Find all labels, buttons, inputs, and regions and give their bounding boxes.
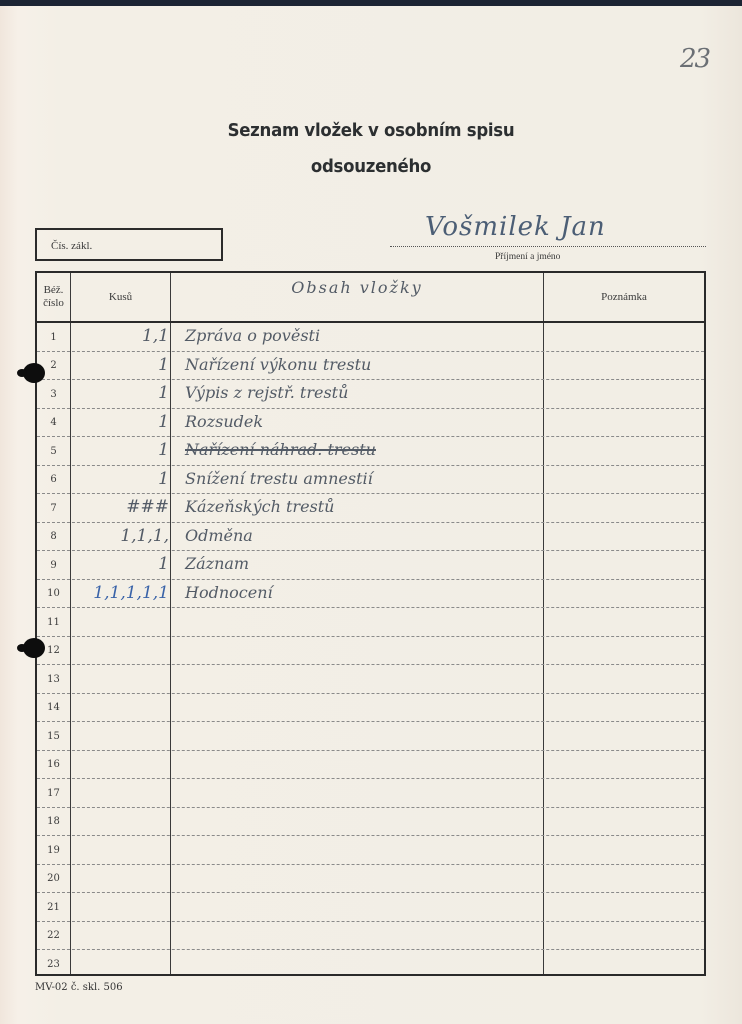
header-kusu: Kusů: [71, 273, 170, 321]
cis-zakl-label: Čís. zákl.: [51, 240, 92, 252]
row-kusu: 1,1,1,: [73, 523, 169, 551]
table-row: 15: [37, 722, 704, 751]
row-number: 15: [37, 722, 70, 750]
row-kusu: 1,1: [73, 323, 169, 351]
table-row: 41Rozsudek: [37, 409, 704, 438]
row-kusu: [73, 694, 169, 722]
table-row: 21: [37, 893, 704, 922]
row-kusu: [73, 893, 169, 921]
row-obsah: [185, 922, 565, 950]
table-row: 81,1,1,Odměna: [37, 523, 704, 552]
table-row: 14: [37, 694, 704, 723]
row-poznamka: [549, 779, 699, 807]
row-poznamka: [549, 665, 699, 693]
table-row: 17: [37, 779, 704, 808]
row-number: 5: [37, 437, 70, 465]
document-page: 23 Seznam vložek v osobním spisu odsouze…: [0, 6, 742, 1024]
row-number: 1: [37, 323, 70, 351]
row-poznamka: [549, 865, 699, 893]
row-kusu: [73, 836, 169, 864]
table-row: 13: [37, 665, 704, 694]
row-obsah: [185, 751, 565, 779]
row-obsah: [185, 637, 565, 665]
row-poznamka: [549, 437, 699, 465]
row-number: 23: [37, 950, 70, 978]
row-kusu: [73, 922, 169, 950]
row-kusu: [73, 751, 169, 779]
row-poznamka: [549, 352, 699, 380]
table-row: 61Snížení trestu amnestií: [37, 466, 704, 495]
table-row: 7###Kázeňských trestů: [37, 494, 704, 523]
row-obsah: [185, 694, 565, 722]
row-poznamka: [549, 950, 699, 978]
table-row: 20: [37, 865, 704, 894]
row-kusu: 1: [73, 380, 169, 408]
row-kusu: [73, 722, 169, 750]
row-number: 14: [37, 694, 70, 722]
row-poznamka: [549, 523, 699, 551]
row-obsah: Snížení trestu amnestií: [185, 466, 565, 494]
row-obsah: Hodnocení: [185, 580, 565, 608]
table-row: 11: [37, 608, 704, 637]
row-kusu: 1: [73, 409, 169, 437]
row-kusu: [73, 779, 169, 807]
row-obsah: Rozsudek: [185, 409, 565, 437]
row-number: 21: [37, 893, 70, 921]
inserts-table: Béž. číslo Kusů Obsah vložky Poznámka 11…: [35, 271, 706, 976]
row-kusu: [73, 808, 169, 836]
row-poznamka: [549, 580, 699, 608]
row-obsah: Zpráva o pověsti: [185, 323, 565, 351]
table-row: 19: [37, 836, 704, 865]
row-poznamka: [549, 893, 699, 921]
row-poznamka: [549, 494, 699, 522]
table-row: 101,1,1,1,1Hodnocení: [37, 580, 704, 609]
row-obsah: Odměna: [185, 523, 565, 551]
table-row: 23: [37, 950, 704, 979]
row-poznamka: [549, 808, 699, 836]
row-poznamka: [549, 409, 699, 437]
row-kusu: 1,1,1,1,1: [73, 580, 169, 608]
row-obsah: [185, 665, 565, 693]
table-row: 91Záznam: [37, 551, 704, 580]
cis-zakl-field: Čís. zákl.: [35, 228, 223, 261]
table-row: 31Výpis z rejstř. trestů: [37, 380, 704, 409]
row-number: 16: [37, 751, 70, 779]
row-number: 22: [37, 922, 70, 950]
row-obsah: [185, 779, 565, 807]
row-kusu: 1: [73, 551, 169, 579]
row-number: 11: [37, 608, 70, 636]
table-row: 51Nařízení náhrad. trestu: [37, 437, 704, 466]
row-poznamka: [549, 608, 699, 636]
row-obsah: [185, 893, 565, 921]
row-kusu: [73, 608, 169, 636]
row-poznamka: [549, 836, 699, 864]
row-obsah: Záznam: [185, 551, 565, 579]
row-poznamka: [549, 922, 699, 950]
row-poznamka: [549, 751, 699, 779]
row-poznamka: [549, 722, 699, 750]
row-poznamka: [549, 637, 699, 665]
row-obsah: Kázeňských trestů: [185, 494, 565, 522]
row-number: 18: [37, 808, 70, 836]
table-row: 12: [37, 637, 704, 666]
row-obsah: [185, 722, 565, 750]
row-poznamka: [549, 466, 699, 494]
header-obsah: Obsah vložky: [171, 273, 543, 301]
row-obsah: Nařízení náhrad. trestu: [185, 437, 565, 465]
row-number: 4: [37, 409, 70, 437]
punch-hole: [23, 363, 45, 383]
row-kusu: 1: [73, 466, 169, 494]
row-poznamka: [549, 380, 699, 408]
row-kusu: 1: [73, 437, 169, 465]
row-kusu: [73, 665, 169, 693]
row-number: 6: [37, 466, 70, 494]
row-obsah: [185, 865, 565, 893]
row-number: 13: [37, 665, 70, 693]
row-poznamka: [549, 551, 699, 579]
row-number: 3: [37, 380, 70, 408]
header-poznamka: Poznámka: [544, 273, 704, 321]
row-number: 8: [37, 523, 70, 551]
form-title-line-1: Seznam vložek v osobním spisu: [30, 120, 713, 141]
row-poznamka: [549, 323, 699, 351]
row-kusu: [73, 637, 169, 665]
table-row: 16: [37, 751, 704, 780]
row-obsah: [185, 808, 565, 836]
punch-hole: [23, 638, 45, 658]
table-row: 18: [37, 808, 704, 837]
name-underline: [390, 246, 706, 247]
header-cislo: Béž. číslo: [37, 273, 70, 321]
row-number: 9: [37, 551, 70, 579]
handwritten-page-number: 23: [680, 44, 709, 74]
row-obsah: [185, 950, 565, 978]
row-obsah: Nařízení výkonu trestu: [185, 352, 565, 380]
table-row: 22: [37, 922, 704, 951]
row-number: 17: [37, 779, 70, 807]
form-title-line-2: odsouzeného: [30, 156, 713, 177]
table-row: 21Nařízení výkonu trestu: [37, 352, 704, 381]
row-number: 10: [37, 580, 70, 608]
row-obsah: [185, 836, 565, 864]
row-number: 19: [37, 836, 70, 864]
row-number: 7: [37, 494, 70, 522]
row-kusu: [73, 950, 169, 978]
form-code: MV-02 č. skl. 506: [35, 982, 123, 993]
row-kusu: 1: [73, 352, 169, 380]
row-kusu: ###: [73, 494, 169, 522]
row-kusu: [73, 865, 169, 893]
row-number: 20: [37, 865, 70, 893]
table-row: 11,1Zpráva o pověsti: [37, 323, 704, 352]
row-obsah: Výpis z rejstř. trestů: [185, 380, 565, 408]
prisoner-name: Vošmilek Jan: [425, 212, 606, 242]
row-poznamka: [549, 694, 699, 722]
name-caption: Příjmení a jméno: [495, 252, 560, 262]
row-obsah: [185, 608, 565, 636]
